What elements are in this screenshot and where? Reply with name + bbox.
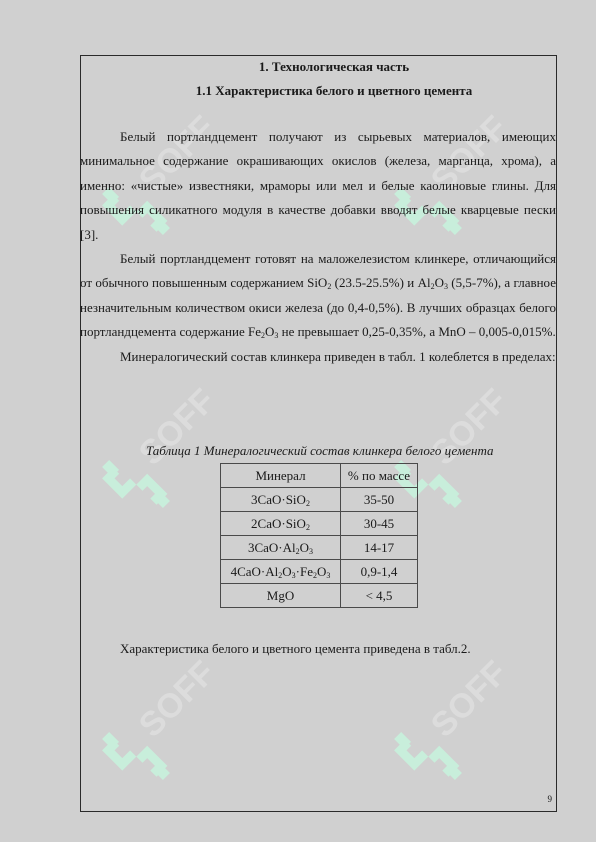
column-header-mineral: Минерал xyxy=(221,464,341,488)
section-heading: 1. Технологическая часть xyxy=(112,55,556,79)
mineral-cell: MgO xyxy=(221,584,341,608)
table-row: 2CaO·SiO230-45 xyxy=(221,512,418,536)
mineral-cell: 2CaO·SiO2 xyxy=(221,512,341,536)
mass-percent-cell: 35-50 xyxy=(341,488,418,512)
table-caption: Таблица 1 Минералогический состав клинке… xyxy=(146,443,494,459)
mass-percent-cell: 30-45 xyxy=(341,512,418,536)
mineral-cell: 3CaO·SiO2 xyxy=(221,488,341,512)
table-row: 4CaO·Al2O3·Fe2O30,9-1,4 xyxy=(221,560,418,584)
mineral-composition-table: Минерал % по массе 3CaO·SiO235-502CaO·Si… xyxy=(220,463,418,608)
mass-percent-cell: 14-17 xyxy=(341,536,418,560)
mass-percent-cell: < 4,5 xyxy=(341,584,418,608)
paragraph-white-cement-raw-materials: Белый портландцемент получают из сырьевы… xyxy=(80,125,556,247)
mass-percent-cell: 0,9-1,4 xyxy=(341,560,418,584)
table-row: 3CaO·SiO235-50 xyxy=(221,488,418,512)
table-row: MgO< 4,5 xyxy=(221,584,418,608)
closing-paragraph: Характеристика белого и цветного цемента… xyxy=(120,641,471,657)
paragraph-white-cement-clinker: Белый портландцемент готовят на маложеле… xyxy=(80,247,556,345)
column-header-mass-percent: % по массе xyxy=(341,464,418,488)
table-row: 3CaO·Al2O314-17 xyxy=(221,536,418,560)
mineral-cell: 3CaO·Al2O3 xyxy=(221,536,341,560)
mineral-cell: 4CaO·Al2O3·Fe2O3 xyxy=(221,560,341,584)
page-number: 9 xyxy=(548,794,553,804)
paragraph-mineral-composition: Минералогический состав клинкера приведе… xyxy=(80,345,556,369)
document-body: 1. Технологическая часть 1.1 Характерист… xyxy=(112,56,556,369)
subsection-heading: 1.1 Характеристика белого и цветного цем… xyxy=(112,79,556,103)
table-header-row: Минерал % по массе xyxy=(221,464,418,488)
